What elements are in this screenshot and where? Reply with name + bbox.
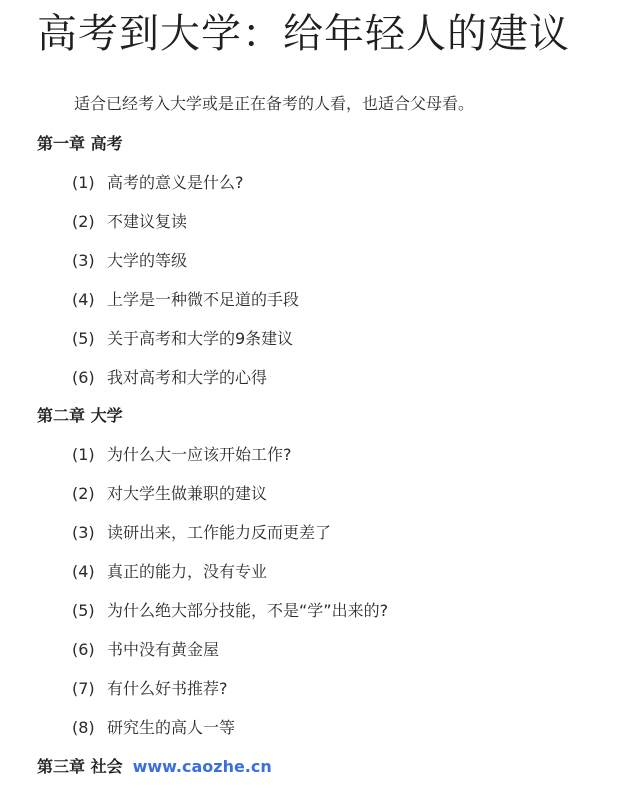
item-number: (8) <box>72 716 107 740</box>
list-item: (2)对大学生做兼职的建议 <box>72 482 267 506</box>
list-item: (6)我对高考和大学的心得 <box>72 366 267 390</box>
watermark-link[interactable]: www.caozhe.cn <box>133 757 272 776</box>
item-text: 为什么绝大部分技能，不是“学”出来的? <box>107 601 388 620</box>
list-item: (1)为什么大一应该开始工作? <box>72 443 292 467</box>
list-item: (2)不建议复读 <box>72 210 187 234</box>
item-text: 我对高考和大学的心得 <box>107 368 267 387</box>
item-number: (4) <box>72 560 107 584</box>
item-text: 大学的等级 <box>107 251 187 270</box>
item-number: (1) <box>72 171 107 195</box>
item-number: (6) <box>72 366 107 390</box>
chapter-2-heading: 第二章 大学 <box>37 404 123 428</box>
list-item: (3)大学的等级 <box>72 249 187 273</box>
list-item: (5)关于高考和大学的9条建议 <box>72 327 293 351</box>
item-text: 关于高考和大学的9条建议 <box>107 329 293 348</box>
list-item: (4)上学是一种微不足道的手段 <box>72 288 299 312</box>
list-item: (5)为什么绝大部分技能，不是“学”出来的? <box>72 599 388 623</box>
item-number: (6) <box>72 638 107 662</box>
chapter-1-heading: 第一章 高考 <box>37 132 123 156</box>
list-item: (6)书中没有黄金屋 <box>72 638 219 662</box>
item-number: (1) <box>72 443 107 467</box>
list-item: (3)读研出来，工作能力反而更差了 <box>72 521 331 545</box>
list-item: (7)有什么好书推荐? <box>72 677 228 701</box>
chapter-3-heading: 第三章 社会 <box>37 757 123 776</box>
chapter-3-line: 第三章 社会www.caozhe.cn <box>37 755 272 779</box>
item-number: (2) <box>72 482 107 506</box>
item-number: (3) <box>72 249 107 273</box>
item-text: 不建议复读 <box>107 212 187 231</box>
item-text: 书中没有黄金屋 <box>107 640 219 659</box>
item-text: 上学是一种微不足道的手段 <box>107 290 299 309</box>
item-text: 有什么好书推荐? <box>107 679 228 698</box>
document-title: 高考到大学：给年轻人的建议 <box>37 8 570 60</box>
item-number: (7) <box>72 677 107 701</box>
item-number: (4) <box>72 288 107 312</box>
item-number: (3) <box>72 521 107 545</box>
item-text: 读研出来，工作能力反而更差了 <box>107 523 331 542</box>
item-text: 研究生的高人一等 <box>107 718 235 737</box>
item-text: 为什么大一应该开始工作? <box>107 445 292 464</box>
list-item: (4)真正的能力，没有专业 <box>72 560 267 584</box>
item-number: (5) <box>72 327 107 351</box>
intro-text: 适合已经考入大学或是正在备考的人看，也适合父母看。 <box>74 92 474 116</box>
item-number: (5) <box>72 599 107 623</box>
list-item: (8)研究生的高人一等 <box>72 716 235 740</box>
item-text: 高考的意义是什么? <box>107 173 244 192</box>
item-text: 对大学生做兼职的建议 <box>107 484 267 503</box>
item-text: 真正的能力，没有专业 <box>107 562 267 581</box>
list-item: (1)高考的意义是什么? <box>72 171 244 195</box>
item-number: (2) <box>72 210 107 234</box>
